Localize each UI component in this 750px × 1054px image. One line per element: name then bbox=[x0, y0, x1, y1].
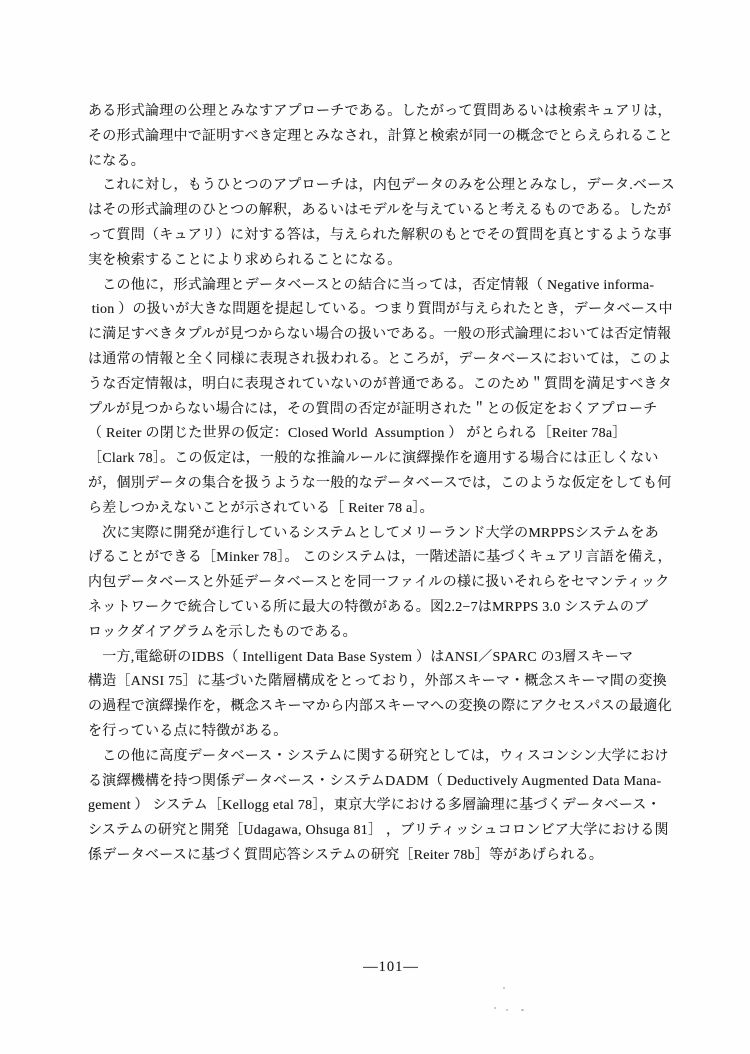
scan-artifact bbox=[503, 987, 505, 989]
text-line: は通常の情報と全く同様に表現され扱われる。ところが，データベースにおいては，この… bbox=[88, 348, 708, 373]
text-line: ロックダイアグラムを示したものである。 bbox=[88, 621, 708, 646]
text-line: （ Reiter の閉じた世界の仮定：Closed World Assumpti… bbox=[88, 422, 708, 447]
body-text: ある形式論理の公理とみなすアプローチである。したがって質問あるいは検索キュアリは… bbox=[88, 100, 708, 869]
text-line: これに対し，もうひとつのアプローチは，内包データのみを公理とみなし，データ.ベー… bbox=[88, 174, 708, 199]
text-line: システムの研究と開発［Udagawa, Ohsuga 81］ ，ブリティッシュコ… bbox=[88, 819, 708, 844]
text-line: を行っている点に特徴がある。 bbox=[88, 720, 708, 745]
text-line: に満足すべきタプルが見つからない場合の扱いである。一般の形式論理においては否定情… bbox=[88, 323, 708, 348]
scanned-paper-page: ある形式論理の公理とみなすアプローチである。したがって質問あるいは検索キュアリは… bbox=[0, 0, 750, 1054]
text-line: ら差しつかえないことが示されている［ Reiter 78 a］。 bbox=[88, 497, 708, 522]
text-line: ある形式論理の公理とみなすアプローチである。したがって質問あるいは検索キュアリは… bbox=[88, 100, 708, 125]
text-line: の過程で演繹操作を，概念スキーマから内部スキーマへの変換の際にアクセスパスの最適… bbox=[88, 695, 708, 720]
text-line: 構造［ANSI 75］に基づいた階層構成をとっており，外部スキーマ・概念スキーマ… bbox=[88, 670, 708, 695]
text-line: げることができる［Minker 78］。 このシステムは，一階述語に基づくキュア… bbox=[88, 546, 708, 571]
text-line: ［Clark 78］。この仮定は，一般的な推論ルールに演繹操作を適用する場合には… bbox=[88, 447, 708, 472]
text-line: 内包データベースと外延データベースとを同一ファイルの様に扱いそれらをセマンティッ… bbox=[88, 571, 708, 596]
text-line: その形式論理中で証明すべき定理とみなされ，計算と検索が同一の概念でとらえられるこ… bbox=[88, 125, 708, 150]
text-line: ネットワークで統合している所に最大の特徴がある。図2.2−7はMRPPS 3.0… bbox=[88, 596, 708, 621]
text-line: る演繹機構を持つ関係データベース・システムDADM（ Deductively A… bbox=[88, 770, 708, 795]
scan-artifact bbox=[494, 1007, 496, 1009]
scan-artifact bbox=[506, 1009, 508, 1011]
text-line: 実を検索することにより求められることになる。 bbox=[88, 249, 708, 274]
text-line: が，個別データの集合を扱うような一般的なデータベースでは，このような仮定をしても… bbox=[88, 472, 708, 497]
text-line: gement ） システム［Kellogg etal 78］，東京大学における多… bbox=[88, 794, 708, 819]
text-line: この他に，形式論理とデータベースとの結合に当っては，否定情報（ Negative… bbox=[88, 274, 708, 299]
text-line: って質問（キュアリ）に対する答は，与えられた解釈のもとでその質問を真とするような… bbox=[88, 224, 708, 249]
text-line: tion ）の扱いが大きな問題を提起している。つまり質問が与えられたとき，データ… bbox=[88, 298, 708, 323]
text-line: この他に高度データベース・システムに関する研究としては，ウィスコンシン大学におけ bbox=[88, 745, 708, 770]
page-number: —101— bbox=[341, 959, 441, 976]
text-line: 係データベースに基づく質問応答システムの研究［Reiter 78b］等があげられ… bbox=[88, 844, 708, 869]
text-line: 一方,電総研のIDBS（ Intelligent Data Base Syste… bbox=[88, 646, 708, 671]
text-line: プルが見つからない場合には，その質問の否定が証明された＂との仮定をおくアプローチ bbox=[88, 398, 708, 423]
text-line: 次に実際に開発が進行しているシステムとしてメリーランド大学のMRPPSシステムを… bbox=[88, 522, 708, 547]
text-line: になる。 bbox=[88, 150, 708, 175]
text-line: うな否定情報は，明白に表現されていないのが普通である。このため＂質問を満足すべき… bbox=[88, 373, 708, 398]
text-line: はその形式論理のひとつの解釈，あるいはモデルを与えていると考えるものである。した… bbox=[88, 199, 708, 224]
scan-artifact bbox=[521, 1009, 524, 1011]
